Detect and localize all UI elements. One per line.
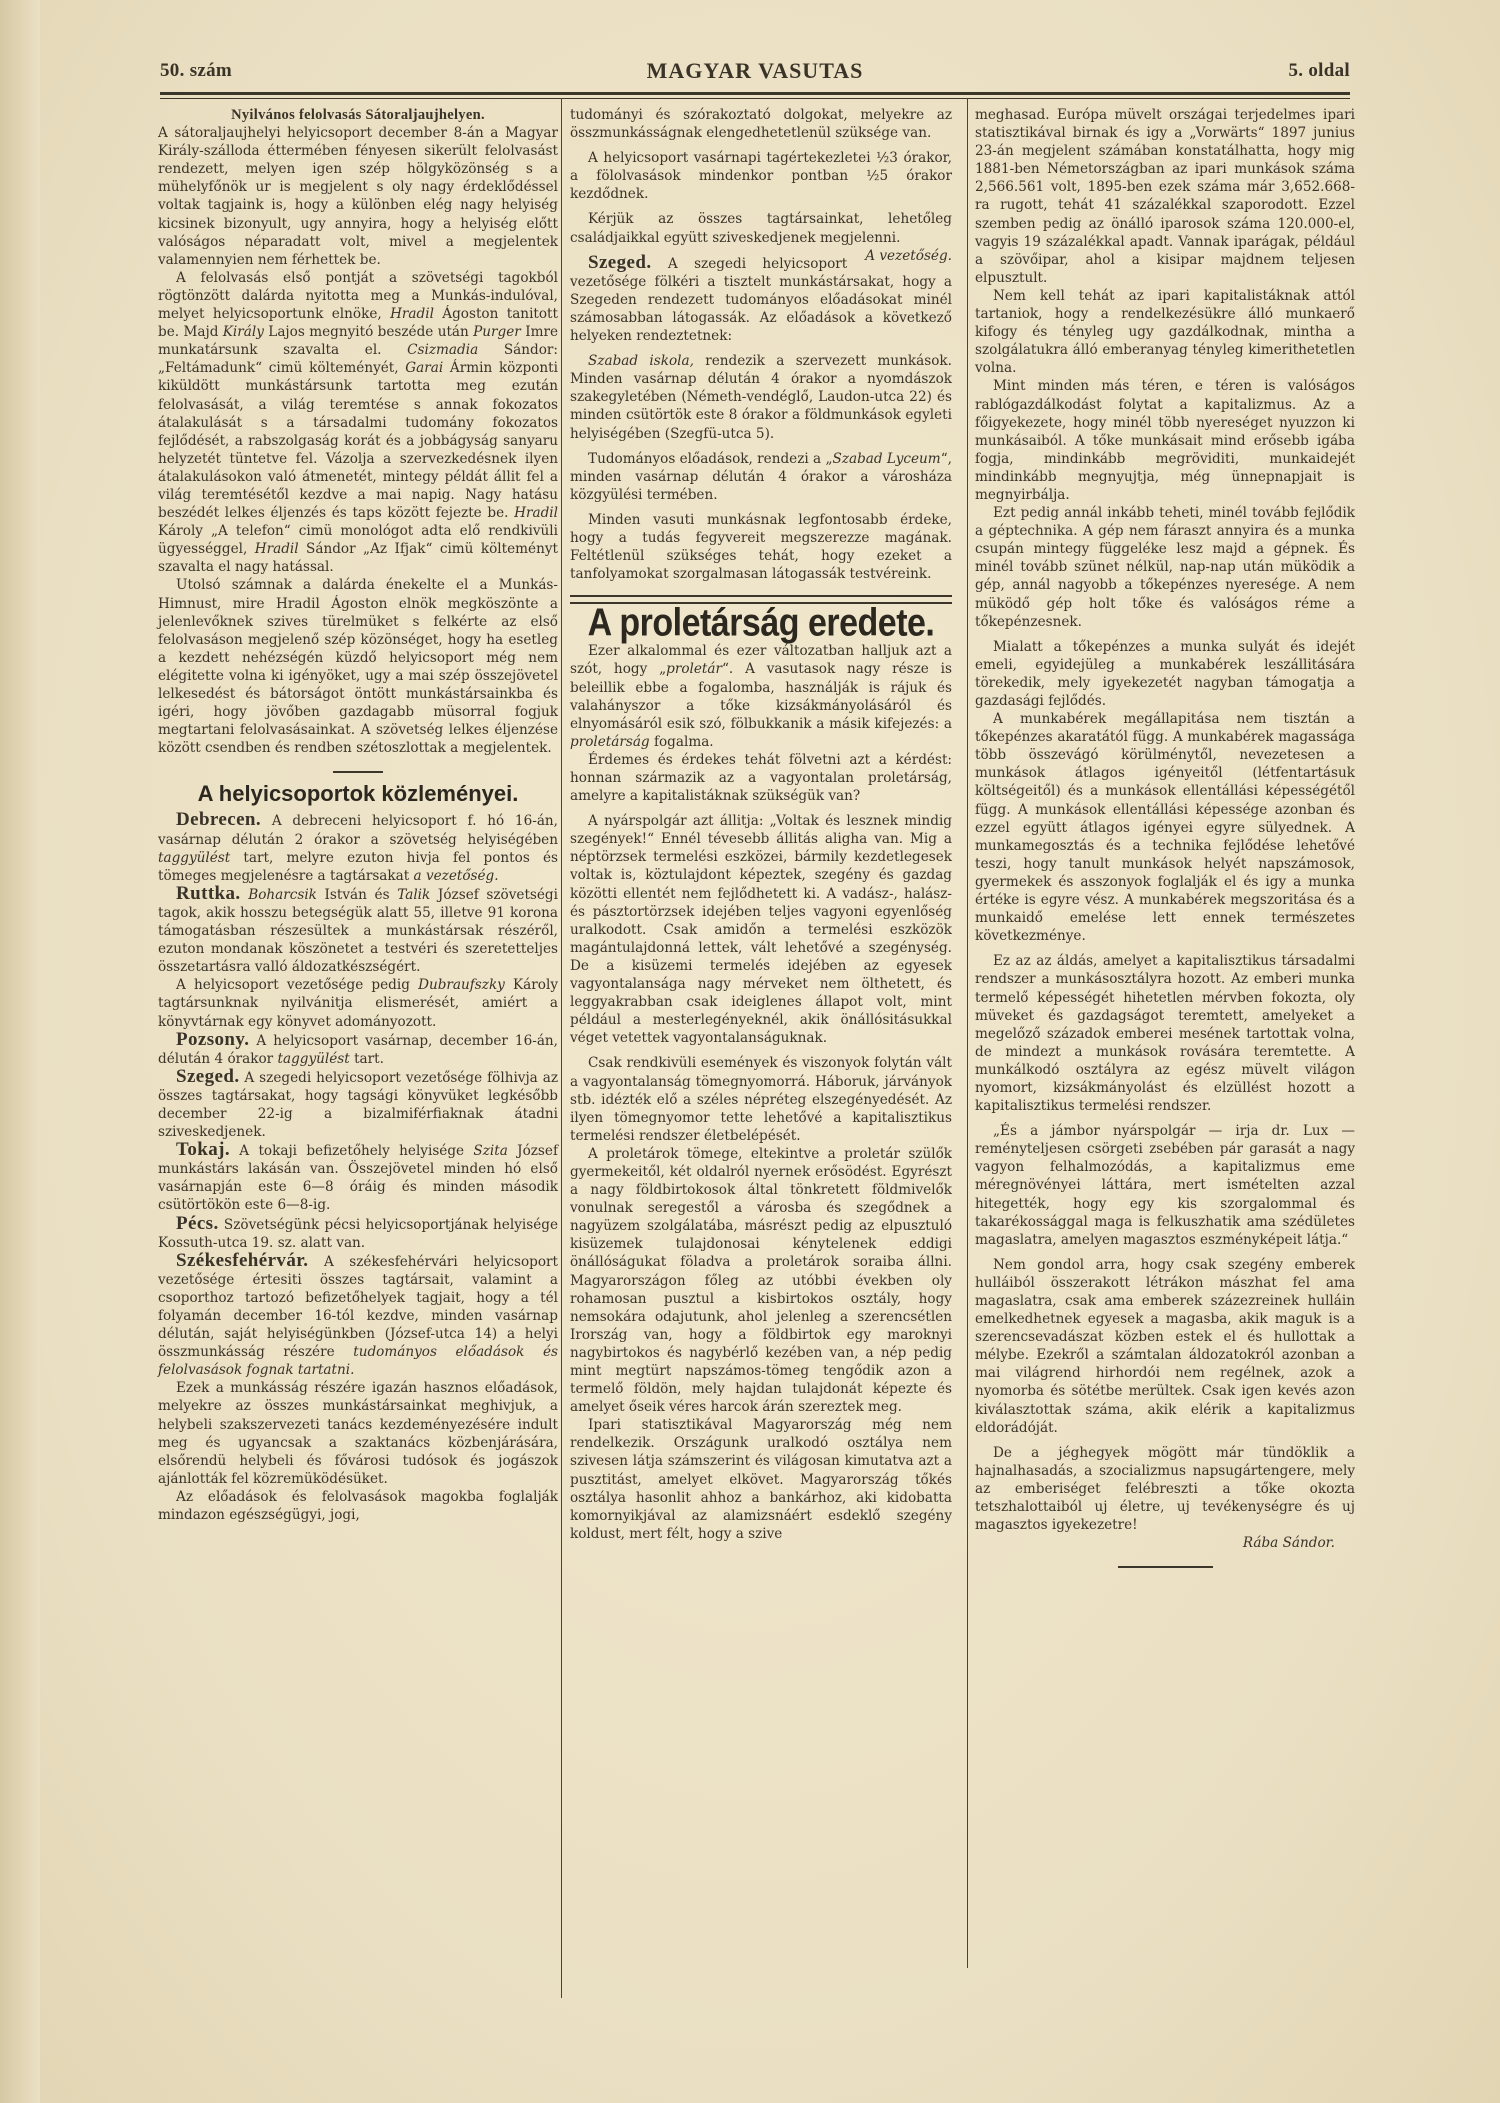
text-run: Szövetségünk pécsi helyicsoportjának hel…	[158, 1217, 558, 1251]
text-run: Tudományos előadások, rendezi a „	[588, 451, 833, 467]
text-run: Lajos megnyitó beszéde után	[264, 324, 473, 340]
news-headline: Nyilvános felolvasás Sátoraljaujhelyen.	[158, 106, 558, 124]
paragraph: A helyicsoport vezetősége pedig Dubraufs…	[158, 976, 558, 1030]
text-run: A tokaji befizetőhely helyisége	[230, 1143, 473, 1159]
emphasis-text: Purger	[473, 324, 521, 340]
notice-city-name: Ruttka.	[176, 883, 241, 904]
paragraph: tudományi és szórakoztató dolgokat, mely…	[570, 106, 952, 142]
local-notice: Szeged. A szegedi helyicsoport vezetőség…	[570, 254, 952, 345]
paragraph: Mint minden más téren, e téren is valósá…	[975, 377, 1355, 504]
paragraph: A proletárok tömege, eltekintve a prolet…	[570, 1145, 952, 1416]
text-run: Az előadások és felolvasások magokba fog…	[158, 1489, 558, 1523]
paragraph: A helyicsoport vasárnapi tagértekezletei…	[570, 149, 952, 203]
section-heading: A helyicsoportok közleményei.	[158, 785, 558, 803]
paragraph: Érdemes és érdekes tehát fölvetni azt a …	[570, 751, 952, 805]
text-run: A sátoraljaujhelyi helyicsoport december…	[158, 125, 558, 268]
local-notice: Pozsony. A helyicsoport vasárnap, decemb…	[158, 1031, 558, 1068]
text-run: A munkabérek megállapitása nem tisztán a…	[975, 711, 1355, 944]
text-run: fogalma.	[650, 734, 714, 750]
paragraph: Tudományos előadások, rendezi a „Szabad …	[570, 450, 952, 504]
emphasis-text: Szita	[473, 1143, 507, 1159]
local-notice: Tokaj. A tokaji befizetőhely helyisége S…	[158, 1141, 558, 1214]
page-number: 5. oldal	[1288, 60, 1350, 82]
emphasis-text: Hradil	[514, 505, 558, 521]
emphasis-text: Boharcsik	[248, 887, 317, 903]
notice-city-name: Debrecen.	[176, 809, 261, 830]
text-run: A proletárok tömege, eltekintve a prolet…	[570, 1146, 952, 1415]
local-notice: Székesfehérvár. A székesfehérvári helyic…	[158, 1252, 558, 1380]
paragraph: Ez az az áldás, amelyet a kapitalisztiku…	[975, 952, 1355, 1115]
page-edge-shadow	[0, 0, 40, 2103]
text-run: Nyilvános felolvasás Sátoraljaujhelyen.	[231, 107, 485, 123]
emphasis-text: Hradil	[255, 541, 299, 557]
text-run: A helyicsoport vezetősége pedig	[176, 977, 418, 993]
page-header: 50. szám MAGYAR VASUTAS 5. oldal	[160, 56, 1350, 92]
paragraph: Utolsó számnak a dalárda énekelte el a M…	[158, 576, 558, 757]
text-run: Ez az az áldás, amelyet a kapitalisztiku…	[975, 953, 1355, 1114]
text-run: Ezt pedig annál inkább teheti, minél tov…	[975, 505, 1355, 630]
paragraph: meghasad. Európa müvelt országai terjede…	[975, 106, 1355, 287]
paragraph: Nem kell tehát az ipari kapitalistáknak …	[975, 287, 1355, 377]
paragraph: Nem gondol arra, hogy csak szegény ember…	[975, 1256, 1355, 1437]
text-run: A nyárspolgár azt állitja: „Voltak és le…	[570, 813, 952, 1046]
text-run: A helyicsoport vasárnapi tagértekezletei…	[570, 150, 952, 202]
notice-city-name: Szeged.	[588, 252, 651, 273]
notice-city-name: Székesfehérvár.	[176, 1250, 308, 1271]
section-divider	[333, 771, 383, 773]
masthead-title: MAGYAR VASUTAS	[160, 58, 1350, 84]
emphasis-text: Szabad iskola,	[588, 353, 694, 369]
emphasis-text: proletárság	[570, 734, 650, 750]
text-run: Ármin központi kiküldött munkástársunk t…	[158, 360, 558, 521]
article-end-divider	[1118, 1566, 1213, 1568]
notice-signoff: A vezetőség.	[847, 247, 952, 265]
text-run: Utolsó számnak a dalárda énekelte el a M…	[158, 577, 558, 756]
emphasis-text: Dubraufszky	[418, 977, 505, 993]
text-run: A helyicsoportok közleményei.	[198, 781, 519, 806]
emphasis-text: Talik	[397, 887, 430, 903]
text-run: Nem gondol arra, hogy csak szegény ember…	[975, 1257, 1355, 1436]
paragraph: Az előadások és felolvasások magokba fog…	[158, 1488, 558, 1524]
column-divider	[967, 98, 968, 1968]
text-run: De a jéghegyek mögött már tündöklik a ha…	[975, 1445, 1355, 1533]
column-1: Nyilvános felolvasás Sátoraljaujhelyen.A…	[158, 106, 558, 1524]
text-run: Ipari statisztikával Magyarország még ne…	[570, 1417, 952, 1542]
emphasis-text: Szabad Lyceum	[833, 451, 941, 467]
paragraph: A munkabérek megállapitása nem tisztán a…	[975, 710, 1355, 945]
emphasis-text: a vezetőség.	[414, 868, 499, 884]
emphasis-text: taggyülést	[278, 1051, 350, 1067]
paragraph: Mialatt a tőkepénzes a munka sulyát és i…	[975, 638, 1355, 710]
emphasis-text: proletár	[666, 661, 722, 677]
text-run: Nem kell tehát az ipari kapitalistáknak …	[975, 288, 1355, 376]
paragraph: De a jéghegyek mögött már tündöklik a ha…	[975, 1444, 1355, 1534]
column-2: tudományi és szórakoztató dolgokat, mely…	[570, 106, 952, 1543]
paragraph: „És a jámbor nyárspolgár — irja dr. Lux …	[975, 1122, 1355, 1249]
newspaper-page: 50. szám MAGYAR VASUTAS 5. oldal Nyilván…	[0, 0, 1500, 2103]
text-run: Kérjük az összes tagtársainkat, lehetőle…	[570, 211, 952, 245]
author-signature: Rába Sándor.	[975, 1534, 1355, 1552]
text-run: Érdemes és érdekes tehát fölvetni azt a …	[570, 752, 952, 804]
column-divider	[561, 98, 562, 1998]
emphasis-text: Garai	[405, 360, 443, 376]
text-run: meghasad. Európa müvelt országai terjede…	[975, 107, 1355, 286]
notice-city-name: Szeged.	[176, 1066, 239, 1087]
local-notice: Pécs. Szövetségünk pécsi helyicsoportján…	[158, 1215, 558, 1252]
text-run: István és	[317, 887, 397, 903]
local-notice: Debrecen. A debreceni helyicsoport f. hó…	[158, 811, 558, 884]
emphasis-text: taggyülést	[158, 850, 230, 866]
local-notice: Ruttka. Boharcsik István és Talik József…	[158, 885, 558, 976]
notice-city-name: Pécs.	[176, 1213, 219, 1234]
paragraph: A sátoraljaujhelyi helyicsoport december…	[158, 124, 558, 269]
emphasis-text: Hradil	[390, 306, 434, 322]
paragraph: Kérjük az összes tagtársainkat, lehetőle…	[570, 210, 952, 246]
header-rule	[160, 92, 1350, 99]
emphasis-text: Csizmadia	[407, 342, 478, 358]
paragraph: Minden vasuti munkásnak legfontosabb érd…	[570, 511, 952, 583]
text-run: Csak rendkivüli események és viszonyok f…	[570, 1055, 952, 1143]
notice-city-name: Tokaj.	[176, 1139, 230, 1160]
column-3: meghasad. Európa müvelt országai terjede…	[975, 106, 1355, 1568]
text-run: Mint minden más téren, e téren is valósá…	[975, 378, 1355, 503]
paragraph: Ezek a munkásság részére igazán hasznos …	[158, 1379, 558, 1488]
text-run: tart.	[350, 1051, 384, 1067]
paragraph: Szabad iskola, rendezik a szervezett mun…	[570, 352, 952, 442]
paragraph: A nyárspolgár azt állitja: „Voltak és le…	[570, 812, 952, 1047]
text-run: A proletárság eredete.	[588, 601, 935, 645]
text-run: Mialatt a tőkepénzes a munka sulyát és i…	[975, 639, 1355, 709]
article-headline: A proletárság eredete.	[570, 613, 952, 634]
text-run: Minden vasuti munkásnak legfontosabb érd…	[570, 512, 952, 582]
paragraph: Ezt pedig annál inkább teheti, minél tov…	[975, 504, 1355, 631]
text-run: tudományi és szórakoztató dolgokat, mely…	[570, 107, 952, 141]
paragraph: Csak rendkivüli események és viszonyok f…	[570, 1054, 952, 1144]
emphasis-text: Király	[223, 324, 264, 340]
paragraph: Ezer alkalommal és ezer változatban hall…	[570, 642, 952, 751]
local-notice: Szeged. A szegedi helyicsoport vezetőség…	[158, 1068, 558, 1141]
paragraph: A felolvasás első pontját a szövetségi t…	[158, 269, 558, 577]
paragraph: Ipari statisztikával Magyarország még ne…	[570, 1416, 952, 1543]
notice-city-name: Pozsony.	[176, 1029, 249, 1050]
text-run: Ezek a munkásság részére igazán hasznos …	[158, 1380, 558, 1486]
text-run: Rába Sándor.	[1243, 1535, 1335, 1551]
text-run: „És a jámbor nyárspolgár — irja dr. Lux …	[975, 1123, 1355, 1248]
